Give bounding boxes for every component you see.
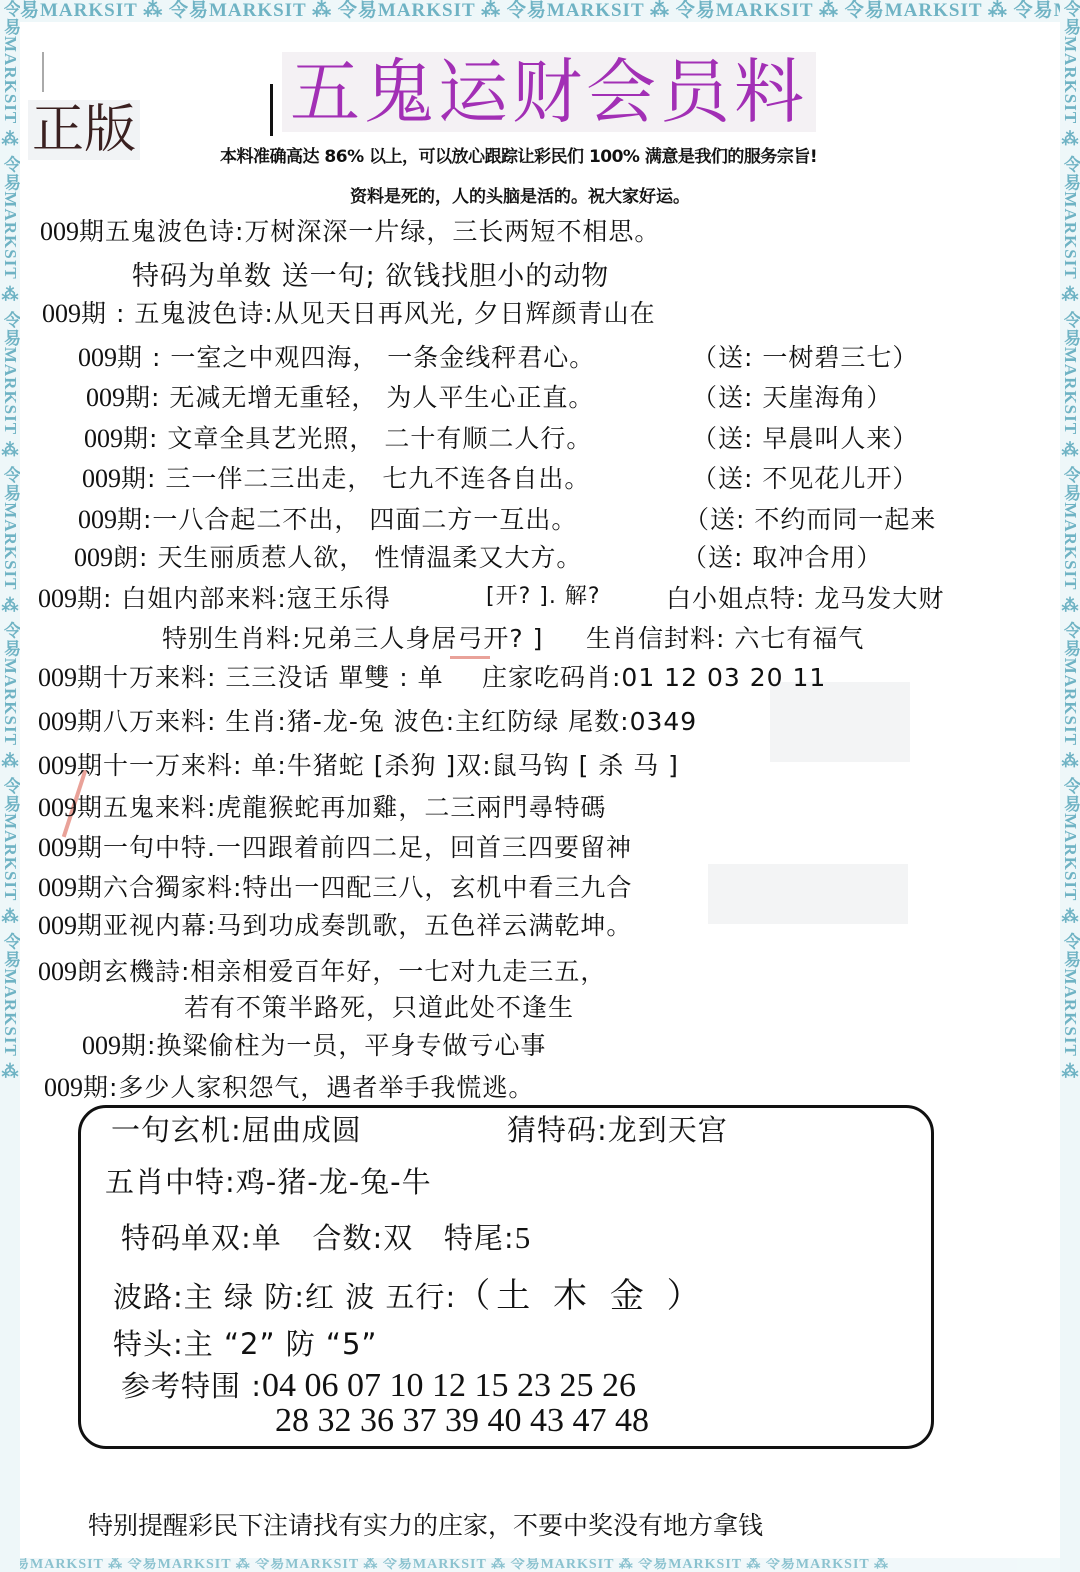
decorative-line <box>42 52 44 92</box>
riddle-row: 一句玄机:屈曲成圆 <box>111 1108 362 1149</box>
wave-row: 波路:主 绿 防:红 波 五行:（土 木 金 ） <box>113 1268 707 1317</box>
line-baijie-tip: 白小姐点特: 龙马发大财 <box>666 579 944 615</box>
gift-5: （送: 不约而同一起来 <box>684 500 936 536</box>
line-wave-poem-2: 009期 : 五鬼波色诗:从见天日再风光, 夕日辉颜青山在 <box>42 294 656 330</box>
line-wave-poem: 009期五鬼波色诗:万树深深一片绿，三长两短不相思。 <box>40 212 660 248</box>
gift-4: （送: 不见花儿开） <box>692 459 918 495</box>
line-zodiac-special: 特别生肖料:兄弟三人身居弓开? ] <box>162 619 543 655</box>
line-mystic-poem: 009朗玄機詩:相亲相爱百年好，一七对九走三五， <box>38 952 606 988</box>
summary-box: 一句玄机:屈曲成圆 猜特码:龙到天宫 五肖中特:鸡-猪-龙-兔-牛 特码单双:单… <box>78 1105 934 1449</box>
ref-numbers-row-2: 28 32 36 37 39 40 43 47 48 <box>275 1402 649 1440</box>
line-80k: 009期八万来料: 生肖:猪-龙-兔 波色:主红防绿 尾数:0349 <box>38 702 697 738</box>
watermark-text: 令易MARKSIT ⁂ 令易MARKSIT ⁂ 令易MARKSIT ⁂ 令易MA… <box>0 0 20 1083</box>
gift-2: （送: 天崖海角） <box>692 378 892 414</box>
line-verse-4: 009期: 三一伴二三出走， 七九不连各自出。 <box>82 459 590 495</box>
authentic-badge: 正版 <box>28 100 140 160</box>
ref-numbers-row: 参考特围 :04 06 07 10 12 15 23 25 26 <box>121 1364 636 1405</box>
line-five-ghost: 009期五鬼来料:虎龍猴蛇再加雞，二三兩門尋特碼 <box>38 788 606 824</box>
line-110k: 009期十一万来料: 单:牛猪蛇 [杀狗 ]双:鼠马钩 [ 杀 马 ] <box>38 746 679 782</box>
line-banker-eats: 庄家吃码肖:01 12 03 20 11 <box>482 658 826 694</box>
watermark-border-left: 令易MARKSIT ⁂ 令易MARKSIT ⁂ 令易MARKSIT ⁂ 令易MA… <box>0 0 20 1572</box>
scan-patch <box>770 682 910 762</box>
gift-3: （送: 早晨叫人来） <box>692 419 918 455</box>
line-verse-2: 009期: 无减无增无重轻， 为人平生心正直。 <box>86 378 594 414</box>
accuracy-claim: 本料准确高达 86% 以上，可以放心跟踪让彩民们 100% 满意是我们的服务宗旨… <box>220 142 817 167</box>
line-baijie-open: [开? ]. 解? <box>486 579 601 610</box>
line-swap-beam: 009期:换粱偷柱为一员，平身专做亏心事 <box>82 1026 546 1062</box>
five-zodiac-row: 五肖中特:鸡-猪-龙-兔-牛 <box>105 1160 432 1201</box>
document-page: 正版 五鬼运财会员料 本料准确高达 86% 以上，可以放心跟踪让彩民们 100%… <box>20 22 1060 1558</box>
line-100k: 009期十万来料: 三三没话 單雙 : 单 <box>38 658 444 694</box>
watermark-text: 令易MARKSIT ⁂ 令易MARKSIT ⁂ 令易MARKSIT ⁂ 令易MA… <box>1060 0 1080 1083</box>
watermark-border-top: 令易MARKSIT ⁂ 令易MARKSIT ⁂ 令易MARKSIT ⁂ 令易MA… <box>0 0 1080 22</box>
good-luck-note: 资料是死的，人的头脑是活的。祝大家好运。 <box>350 182 690 207</box>
line-zodiac-letter: 生肖信封料: 六七有福气 <box>586 619 864 655</box>
line-verse-1: 009期 : 一室之中观四海， 一条金线秤君心。 <box>78 338 595 374</box>
line-grudge: 009期:多少人家积怨气，遇者举手我慌逃。 <box>44 1068 534 1104</box>
head-row: 特头:主 “2” 防 “5” <box>113 1322 377 1363</box>
line-odd-hint: 特码为单数 送一句; 欲钱找胆小的动物 <box>132 254 609 293</box>
line-mystic-poem-2: 若有不策半路死，只道此处不逢生 <box>184 988 574 1024</box>
line-verse-3: 009期: 文章全具艺光照， 二十有顺二人行。 <box>84 419 592 455</box>
line-verse-6: 009朗: 天生丽质惹人欲， 性情温柔又大方。 <box>74 538 582 574</box>
footer-notice: 特别提醒彩民下注请找有实力的庄家，不要中奖没有地方拿钱 <box>88 1506 763 1542</box>
watermark-border-bottom: 令易MARKSIT ⁂ 令易MARKSIT ⁂ 令易MARKSIT ⁂ 令易MA… <box>0 1558 1080 1572</box>
gift-1: （送: 一树碧三七） <box>692 338 918 374</box>
scan-patch <box>708 864 908 924</box>
page-title: 五鬼运财会员料 <box>282 52 816 132</box>
watermark-border-right: 令易MARKSIT ⁂ 令易MARKSIT ⁂ 令易MARKSIT ⁂ 令易MA… <box>1060 0 1080 1572</box>
line-baijie: 009期: 白姐内部来料:寇王乐得 <box>38 579 391 615</box>
gift-6: （送: 取冲合用） <box>682 538 882 574</box>
title-cursor-bar <box>270 84 273 136</box>
line-verse-5: 009期:一八合起二不出， 四面二方一互出。 <box>78 500 577 536</box>
line-one-phrase: 009期一句中特.一四跟着前四二足，回首三四要留神 <box>38 828 632 864</box>
guess-row: 猜特码:龙到天宫 <box>507 1108 728 1149</box>
line-atv-inside: 009期亚视内幕:马到功成奏凯歌，五色祥云满乾坤。 <box>38 906 632 942</box>
odd-even-row: 特码单双:单 合数:双 特尾:5 <box>121 1216 530 1257</box>
line-liuhe-exclusive: 009期六合獨家料:特出一四配三八，玄机中看三九合 <box>38 868 632 904</box>
